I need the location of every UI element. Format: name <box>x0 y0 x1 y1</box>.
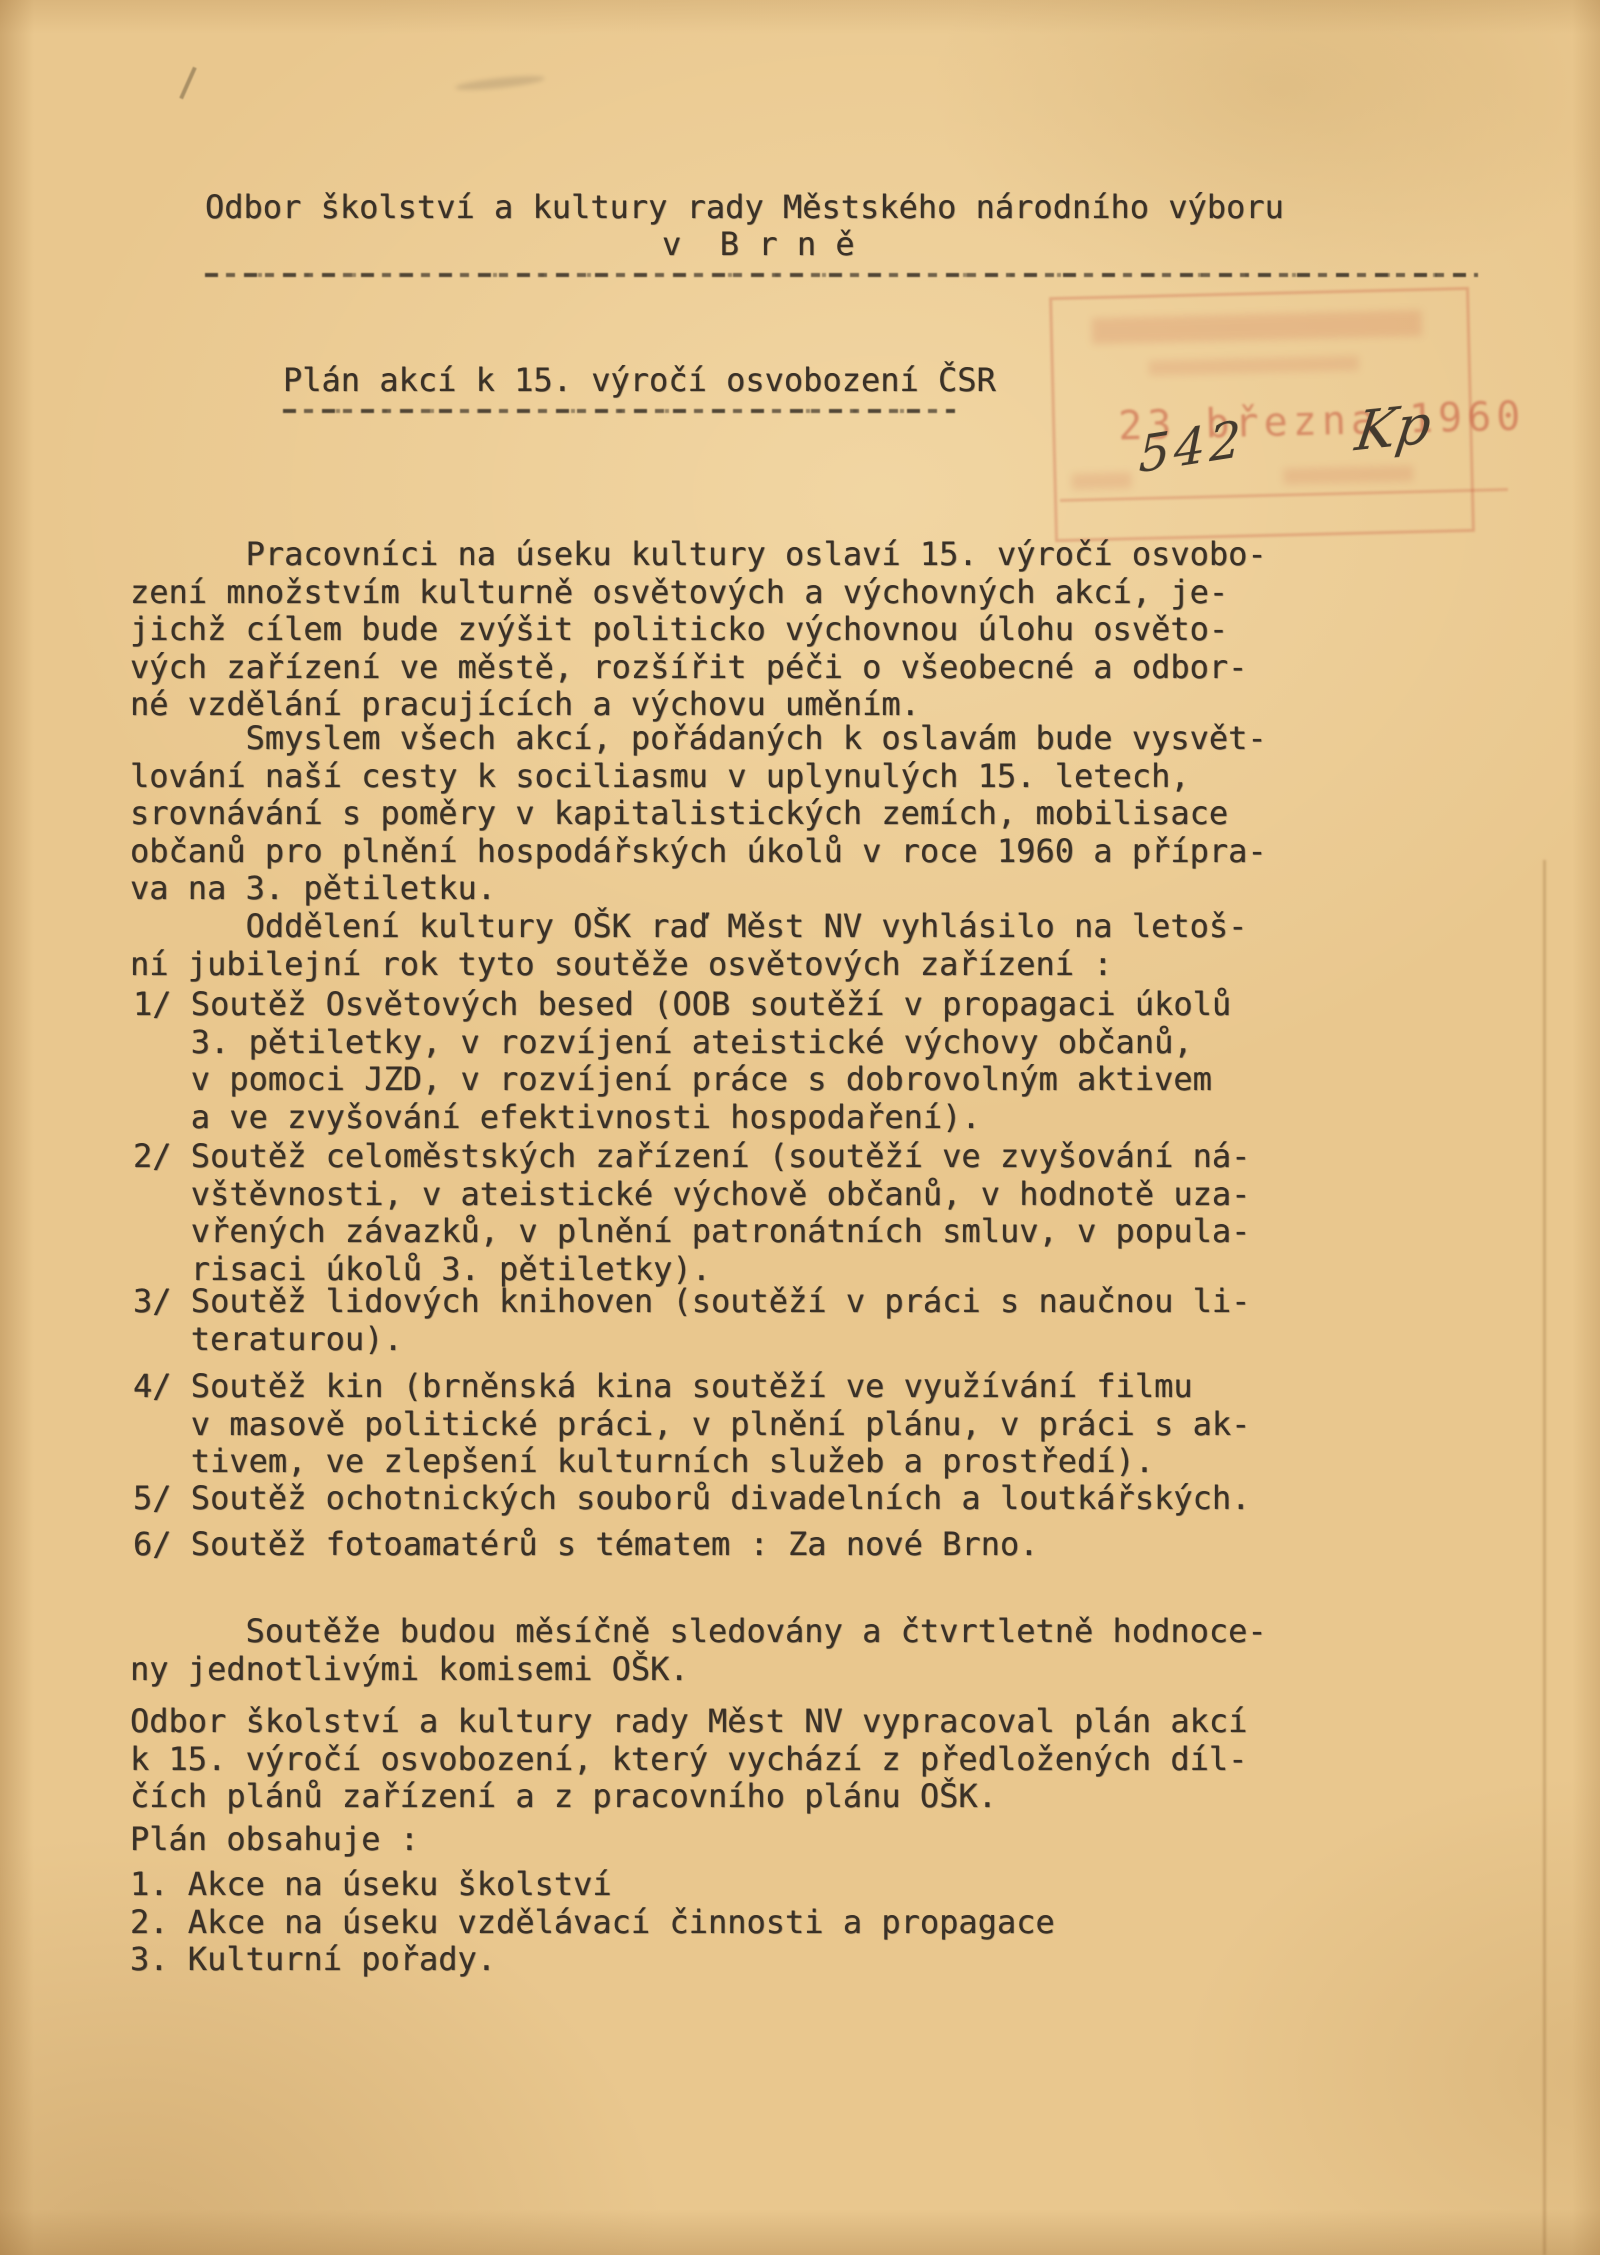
paragraph-5: Odbor školství a kultury rady Měst NV vy… <box>130 1703 1247 1816</box>
paragraph-2: Smyslem všech akcí, pořádaných k oslavám… <box>130 720 1267 908</box>
list-item-4: 4/ Soutěž kin (brněnská kina soutěží ve … <box>133 1368 1250 1481</box>
list-item-6: 6/ Soutěž fotoamatérů s tématem : Za nov… <box>133 1526 1038 1564</box>
paragraph-3: Oddělení kultury OŠK raď Měst NV vyhlási… <box>130 908 1247 983</box>
paper-smudge <box>455 73 546 92</box>
letterhead-underline <box>205 272 1478 278</box>
handwritten-initials: Kp <box>1352 391 1436 463</box>
paragraph-1: Pracovníci na úseku kultury oslaví 15. v… <box>130 536 1267 724</box>
contents-list: 1. Akce na úseku školství 2. Akce na úse… <box>130 1866 1055 1979</box>
pen-stroke-mark <box>179 67 196 100</box>
paper-fold-line <box>1543 860 1546 2255</box>
list-item-1: 1/ Soutěž Osvětových besed (OOB soutěží … <box>133 986 1231 1136</box>
paragraph-6: Plán obsahuje : <box>130 1821 419 1859</box>
paragraph-4: Soutěže budou měsíčně sledovány a čtvrtl… <box>130 1613 1267 1688</box>
list-item-2: 2/ Soutěž celoměstských zařízení (soutěž… <box>133 1138 1250 1288</box>
list-item-5: 5/ Soutěž ochotnických souborů divadelní… <box>133 1480 1250 1518</box>
stamp-faded-label <box>1283 465 1413 484</box>
letterhead-line1: Odbor školství a kultury rady Městského … <box>205 189 1284 227</box>
letterhead-line2: v B r n ě <box>662 226 855 264</box>
document-title: Plán akcí k 15. výročí osvobození ČSR <box>283 362 996 400</box>
title-underline <box>283 408 955 414</box>
list-item-3: 3/ Soutěž lidových knihoven (soutěží v p… <box>133 1283 1250 1358</box>
document-page: Odbor školství a kultury rady Městského … <box>0 0 1600 2255</box>
stamp-faded-label <box>1071 472 1131 489</box>
